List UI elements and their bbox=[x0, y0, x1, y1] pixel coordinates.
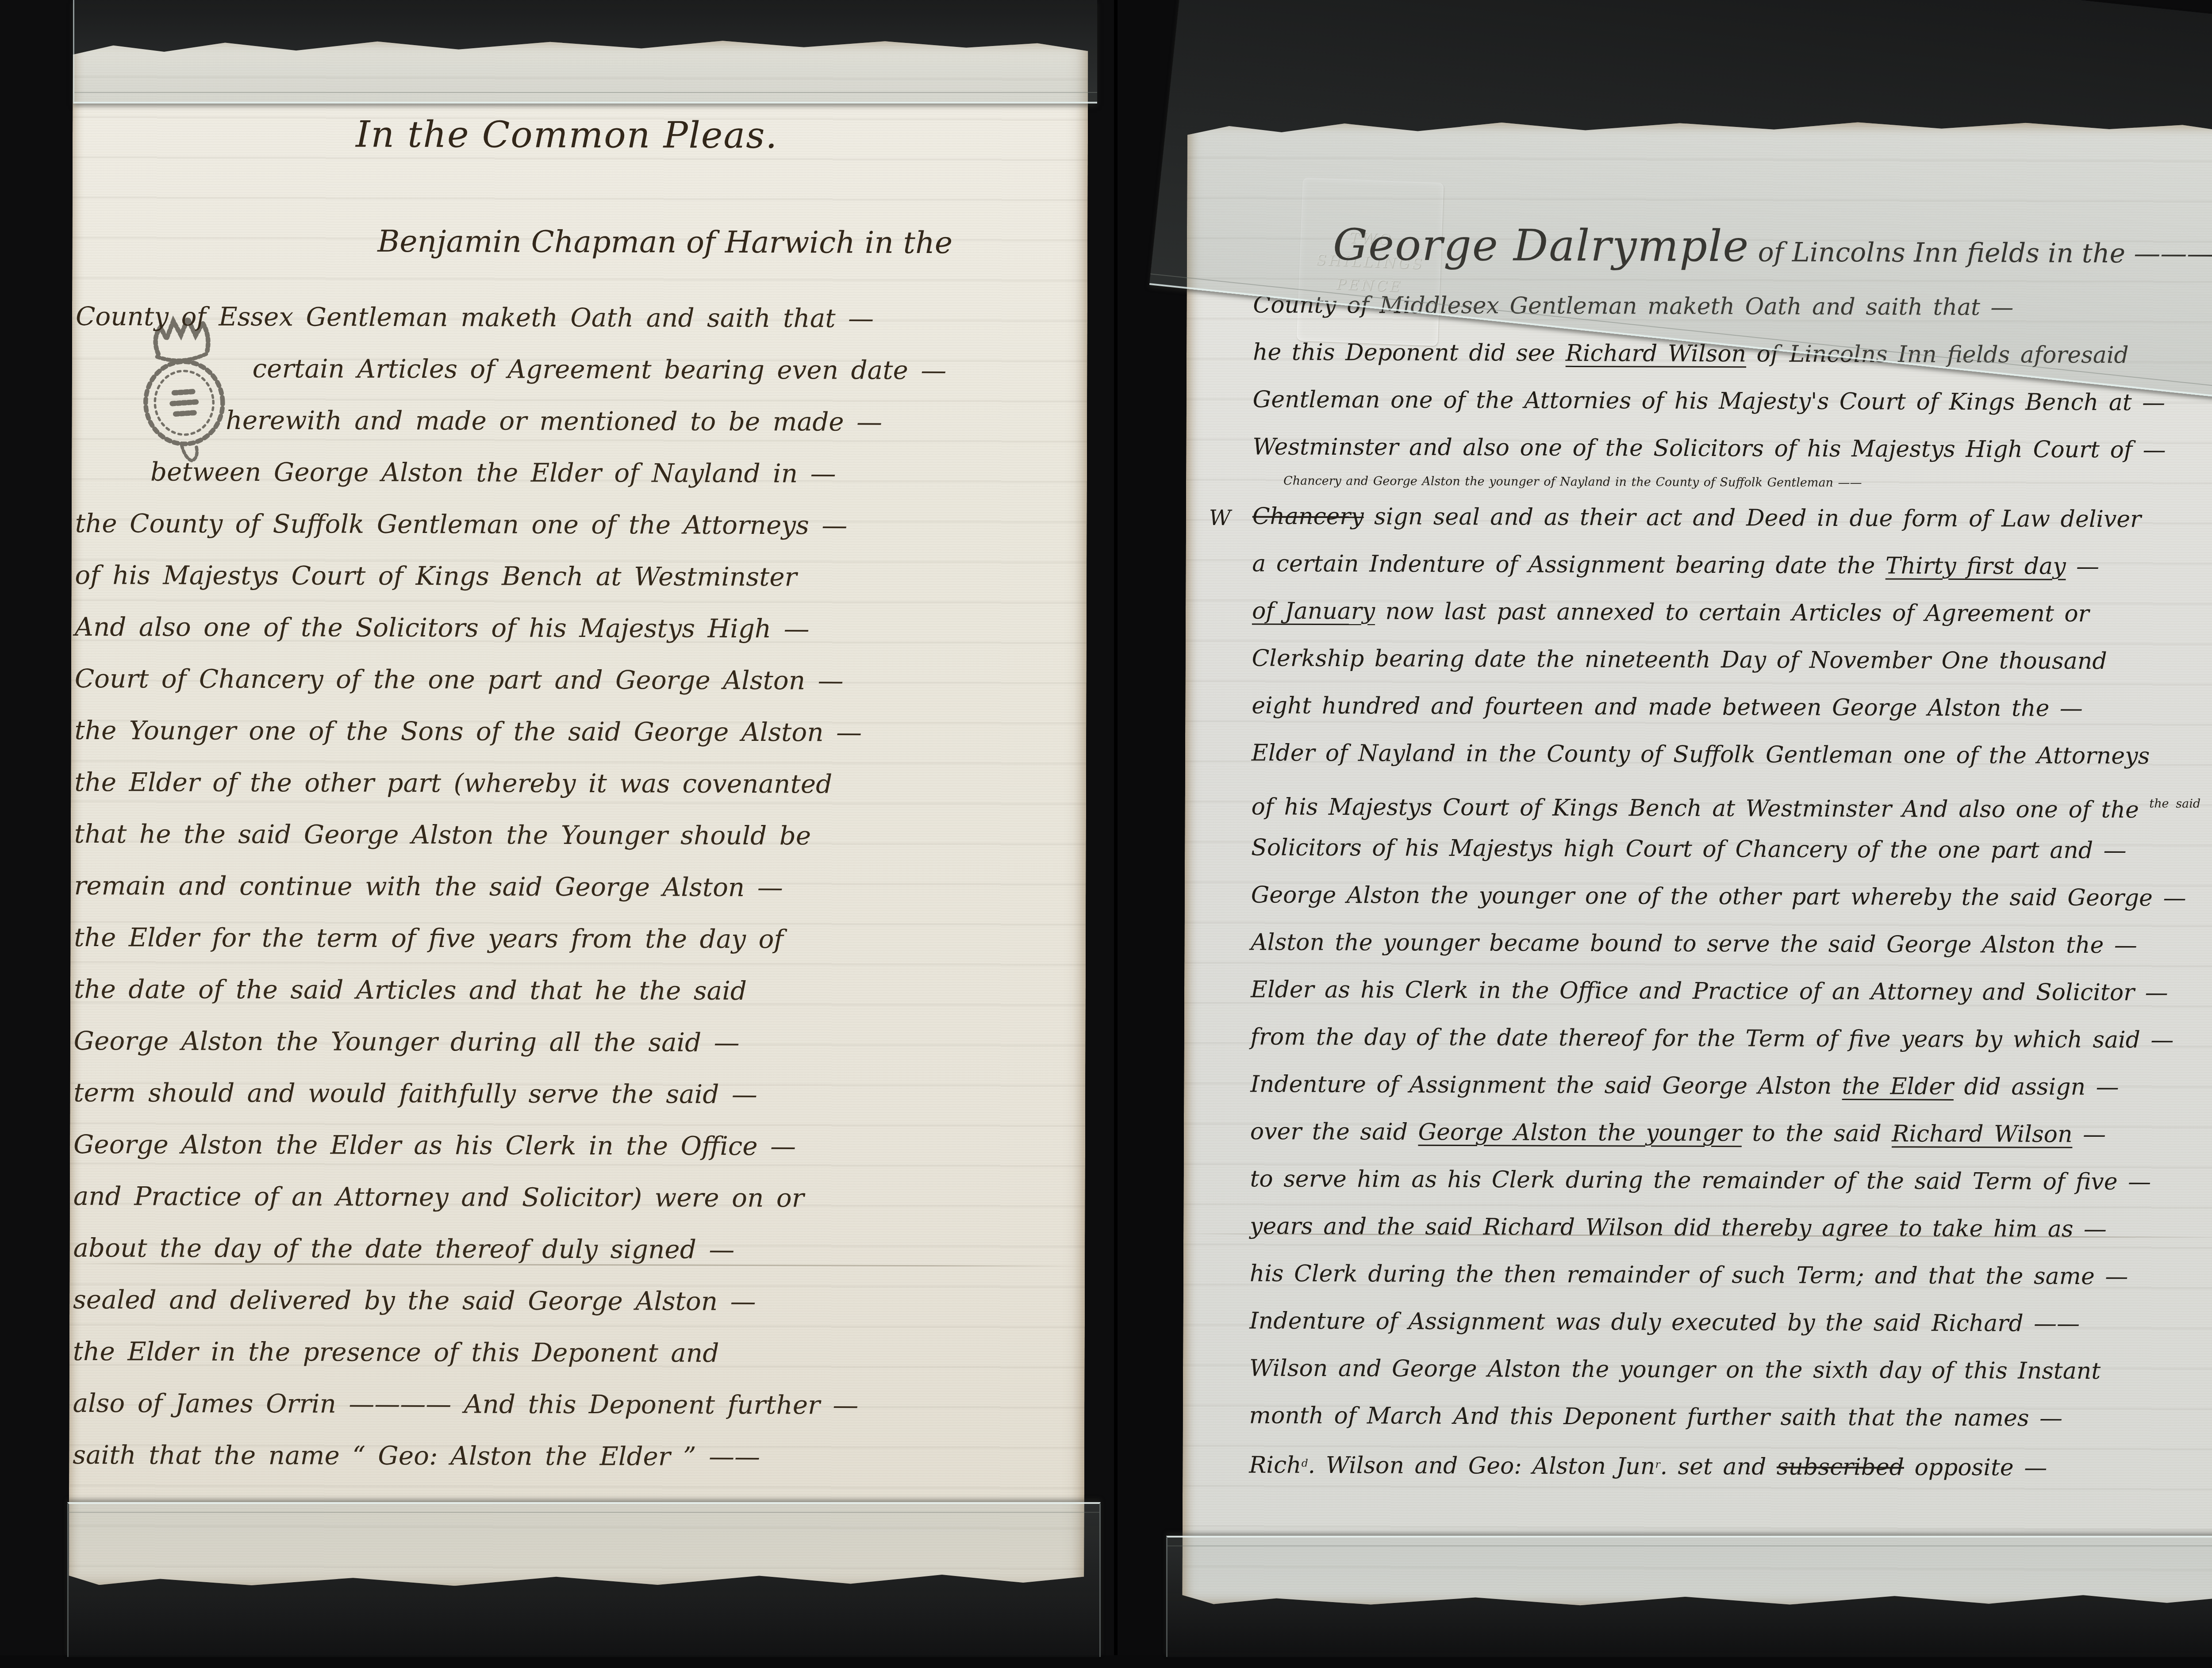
insertion-mark: W bbox=[1209, 495, 1231, 542]
manuscript-text: month of March And this Deponent further… bbox=[1249, 1402, 2063, 1431]
manuscript-text: from the day of the date thereof for the… bbox=[1251, 1024, 2174, 1053]
manuscript-text: Indenture of Assignment the said George … bbox=[1250, 1071, 1842, 1100]
manuscript-line: remain and continue with the said George… bbox=[74, 860, 1083, 914]
manuscript-line: Chancery and George Alston the younger o… bbox=[1283, 471, 2212, 496]
manuscript-line: Gentleman one of the Attornies of his Ma… bbox=[1252, 376, 2212, 427]
manuscript-text: remain and continue with the said George… bbox=[74, 870, 783, 902]
deponent-opening: Benjamin Chapman of Harwich in the bbox=[377, 224, 952, 261]
manuscript-text: — bbox=[2066, 553, 2099, 580]
manuscript-line: Alston the younger became bound to serve… bbox=[1251, 919, 2212, 970]
manuscript-text: and Practice of an Attorney and Solicito… bbox=[73, 1181, 804, 1213]
manuscript-text: now last past annexed to certain Article… bbox=[1375, 598, 2089, 627]
manuscript-text: George Alston the Younger during all the… bbox=[74, 1026, 740, 1058]
manuscript-line: County of Middlesex Gentleman maketh Oat… bbox=[1253, 281, 2212, 332]
manuscript-text: Richard Wilson bbox=[1892, 1120, 2073, 1147]
manuscript-text: Elder of Nayland in the County of Suffol… bbox=[1252, 740, 2150, 769]
manuscript-line: over the said George Alston the younger … bbox=[1250, 1108, 2212, 1159]
manuscript-line: Clerkship bearing date the nineteenth Da… bbox=[1252, 635, 2212, 686]
manuscript-text: Thirty first day bbox=[1886, 552, 2066, 579]
manuscript-line: the Elder of the other part (whereby it … bbox=[74, 756, 1083, 811]
manuscript-line: eight hundred and fourteen and made betw… bbox=[1252, 682, 2212, 733]
manuscript-line: the Elder in the presence of this Depone… bbox=[73, 1326, 1082, 1380]
manuscript-text: between George Alston the Elder of Nayla… bbox=[150, 456, 836, 488]
manuscript-text: . set and bbox=[1660, 1453, 1776, 1480]
manuscript-line: Elder of Nayland in the County of Suffol… bbox=[1252, 729, 2212, 780]
manuscript-body: County of Middlesex Gentleman maketh Oat… bbox=[1249, 281, 2212, 1490]
manuscript-text: George Alston the younger bbox=[1418, 1119, 1742, 1147]
manuscript-line: sealed and delivered by the said George … bbox=[73, 1274, 1082, 1328]
manuscript-line: of January now last past annexed to cert… bbox=[1252, 587, 2212, 638]
manuscript-text: a certain Indenture of Assignment bearin… bbox=[1252, 550, 1886, 579]
manuscript-line: a certain Indenture of Assignment bearin… bbox=[1252, 540, 2212, 591]
manuscript-text: the date of the said Articles and that h… bbox=[74, 974, 747, 1006]
manuscript-text: the Elder for the term of five years fro… bbox=[74, 922, 783, 954]
manuscript-text: of January bbox=[1252, 598, 1375, 625]
manuscript-text: Richard Wilson bbox=[1566, 340, 1747, 367]
manuscript-line: between George Alston the Elder of Nayla… bbox=[150, 446, 1084, 500]
manuscript-line: Elder as his Clerk in the Office and Pra… bbox=[1251, 966, 2212, 1017]
manuscript-text: saith that the name “ Geo: Alston the El… bbox=[73, 1440, 760, 1472]
manuscript-text: Gentleman one of the Attornies of his Ma… bbox=[1253, 386, 2166, 416]
manuscript-line: from the day of the date thereof for the… bbox=[1250, 1013, 2212, 1064]
manuscript-text: the Elder of the other part (whereby it … bbox=[74, 767, 832, 799]
manuscript-text: opposite — bbox=[1904, 1454, 2047, 1481]
manuscript-text: term should and would faithfully serve t… bbox=[73, 1077, 757, 1109]
manuscript-line: the County of Suffolk Gentleman one of t… bbox=[75, 498, 1084, 552]
manuscript-line: term should and would faithfully serve t… bbox=[73, 1067, 1082, 1121]
manuscript-text: Chancery and George Alston the younger o… bbox=[1283, 474, 1862, 490]
manuscript-text: In the Common Pleas. bbox=[356, 114, 778, 157]
manuscript-text: herewith and made or mentioned to be mad… bbox=[226, 405, 882, 437]
manuscript-line: Indenture of Assignment was duly execute… bbox=[1249, 1297, 2212, 1348]
manuscript-text: George Dalrymple bbox=[1333, 220, 1750, 272]
manuscript-text: to serve him as his Clerk during the rem… bbox=[1250, 1166, 2151, 1195]
manuscript-line: Richd. Wilson and Geo: Alston Junr. set … bbox=[1249, 1439, 2212, 1490]
manuscript-text: And also one of the Solicitors of his Ma… bbox=[75, 612, 810, 644]
manuscript-line: Court of Chancery of the one part and Ge… bbox=[75, 653, 1083, 707]
manuscript-text: Indenture of Assignment was duly execute… bbox=[1249, 1308, 2080, 1337]
manuscript-line: the Younger one of the Sons of the said … bbox=[74, 705, 1083, 759]
manuscript-text: sealed and delivered by the said George … bbox=[73, 1285, 756, 1316]
manuscript-text: did assign — bbox=[1954, 1074, 2119, 1100]
manuscript-text: to the said bbox=[1742, 1120, 1892, 1147]
manuscript-text: certain Articles of Agreement bearing ev… bbox=[253, 353, 947, 385]
manuscript-line: the Elder for the term of five years fro… bbox=[74, 912, 1083, 966]
manuscript-text: the Elder in the presence of this Depone… bbox=[73, 1336, 719, 1368]
document-page-benjamin-chapman: In the Common Pleas. Benjamin Chapman of… bbox=[69, 38, 1088, 1591]
page-title: George Dalrymple of Lincolns Inn fields … bbox=[1333, 220, 2212, 273]
manuscript-text: County of Middlesex Gentleman maketh Oat… bbox=[1253, 291, 2013, 321]
manuscript-text: the Elder bbox=[1842, 1073, 1954, 1100]
manuscript-line: of his Majestys Court of Kings Bench at … bbox=[1251, 777, 2212, 828]
manuscript-text: he this Deponent did see bbox=[1253, 339, 1566, 366]
manuscript-line: saith that the name “ Geo: Alston the El… bbox=[73, 1429, 1081, 1484]
manuscript-line: County of Essex Gentleman maketh Oath an… bbox=[76, 291, 1084, 345]
manuscript-line: to serve him as his Clerk during the rem… bbox=[1250, 1155, 2212, 1206]
manuscript-text: of Lincolns Inn fields aforesaid bbox=[1746, 341, 2129, 368]
photo-seam bbox=[1114, 0, 1118, 1655]
manuscript-line: that he the said George Alston the Young… bbox=[74, 808, 1083, 863]
manuscript-line: and Practice of an Attorney and Solicito… bbox=[73, 1170, 1082, 1225]
manuscript-text: over the said bbox=[1250, 1118, 1418, 1145]
manuscript-text: of Lincolns Inn fields in the ——— bbox=[1749, 237, 2212, 269]
manuscript-line: he this Deponent did see Richard Wilson … bbox=[1253, 329, 2212, 380]
manuscript-line: And also one of the Solicitors of his Ma… bbox=[75, 601, 1083, 656]
manuscript-line: Westminster and also one of the Solicito… bbox=[1252, 423, 2212, 474]
manuscript-text: Wilson and George Alston the younger on … bbox=[1249, 1355, 2101, 1384]
manuscript-text: Clerkship bearing date the nineteenth Da… bbox=[1252, 645, 2107, 675]
manuscript-line: month of March And this Deponent further… bbox=[1249, 1392, 2212, 1443]
manuscript-text: d bbox=[1302, 1457, 1308, 1469]
manuscript-text: County of Essex Gentleman maketh Oath an… bbox=[76, 301, 874, 334]
manuscript-line: years and the said Richard Wilson did th… bbox=[1250, 1203, 2212, 1254]
manuscript-line: the date of the said Articles and that h… bbox=[74, 963, 1083, 1018]
manuscript-line: herewith and made or mentioned to be mad… bbox=[226, 395, 1084, 449]
manuscript-line: certain Articles of Agreement bearing ev… bbox=[252, 343, 1084, 397]
manuscript-line: Wilson and George Alston the younger on … bbox=[1249, 1345, 2212, 1396]
manuscript-text: eight hundred and fourteen and made betw… bbox=[1252, 692, 2083, 722]
page-title: In the Common Pleas. bbox=[356, 114, 778, 157]
manuscript-text: also of James Orrin ———— And this Depone… bbox=[73, 1388, 858, 1420]
manuscript-text: — bbox=[2072, 1121, 2106, 1148]
manuscript-text: George Alston the Elder as his Clerk in … bbox=[73, 1129, 796, 1161]
manuscript-text: his Clerk during the then remainder of s… bbox=[1250, 1260, 2128, 1290]
manuscript-line: Chancery sign seal and as their act and … bbox=[1252, 493, 2212, 544]
manuscript-line: also of James Orrin ———— And this Depone… bbox=[73, 1377, 1081, 1432]
manuscript-line: Solicitors of his Majestys high Court of… bbox=[1251, 824, 2212, 875]
manuscript-line: George Alston the younger one of the oth… bbox=[1251, 871, 2212, 922]
manuscript-text: . Wilson and Geo: Alston Jun bbox=[1308, 1452, 1655, 1480]
manuscript-text: of his Majestys Court of Kings Bench at … bbox=[1251, 794, 2149, 823]
manuscript-text: subscribed bbox=[1777, 1454, 1904, 1481]
manuscript-text: George Alston the younger one of the oth… bbox=[1251, 882, 2186, 911]
manuscript-text: Elder as his Clerk in the Office and Pra… bbox=[1251, 976, 2168, 1006]
manuscript-body: County of Essex Gentleman maketh Oath an… bbox=[73, 291, 1084, 1484]
manuscript-text: the County of Suffolk Gentleman one of t… bbox=[75, 508, 848, 541]
manuscript-line: his Clerk during the then remainder of s… bbox=[1250, 1250, 2212, 1301]
manuscript-text: Court of Chancery of the one part and Ge… bbox=[75, 663, 844, 696]
manuscript-text: Westminster and also one of the Solicito… bbox=[1252, 433, 2166, 463]
manuscript-text: about the day of the date thereof duly s… bbox=[73, 1233, 734, 1265]
manuscript-line: George Alston the Elder as his Clerk in … bbox=[73, 1119, 1082, 1173]
manuscript-text: that he the said George Alston the Young… bbox=[74, 819, 811, 851]
manuscript-text: r bbox=[1655, 1458, 1660, 1471]
manuscript-text: of his Majestys Court of Kings Bench at … bbox=[75, 560, 797, 592]
manuscript-text: Solicitors of his Majestys high Court of… bbox=[1251, 834, 2127, 864]
manuscript-line: Indenture of Assignment the said George … bbox=[1250, 1061, 2212, 1112]
manuscript-text: sign seal and as their act and Deed in d… bbox=[1364, 503, 2142, 533]
manuscript-text: years and the said Richard Wilson did th… bbox=[1250, 1213, 2107, 1242]
manuscript-line: of his Majestys Court of Kings Bench at … bbox=[75, 549, 1083, 604]
document-page-george-dalrymple: TWO SHILLINGS PENCE George Dalrymple of … bbox=[1182, 119, 2212, 1610]
manuscript-text: the Younger one of the Sons of the said … bbox=[74, 715, 862, 748]
manuscript-text: the said bbox=[2149, 797, 2200, 810]
manuscript-line: about the day of the date thereof duly s… bbox=[73, 1222, 1082, 1277]
manuscript-text: Rich bbox=[1249, 1452, 1302, 1478]
manuscript-text: Alston the younger became bound to serve… bbox=[1251, 929, 2137, 959]
manuscript-text: Chancery bbox=[1252, 503, 1364, 530]
manuscript-line: George Alston the Younger during all the… bbox=[73, 1015, 1082, 1070]
